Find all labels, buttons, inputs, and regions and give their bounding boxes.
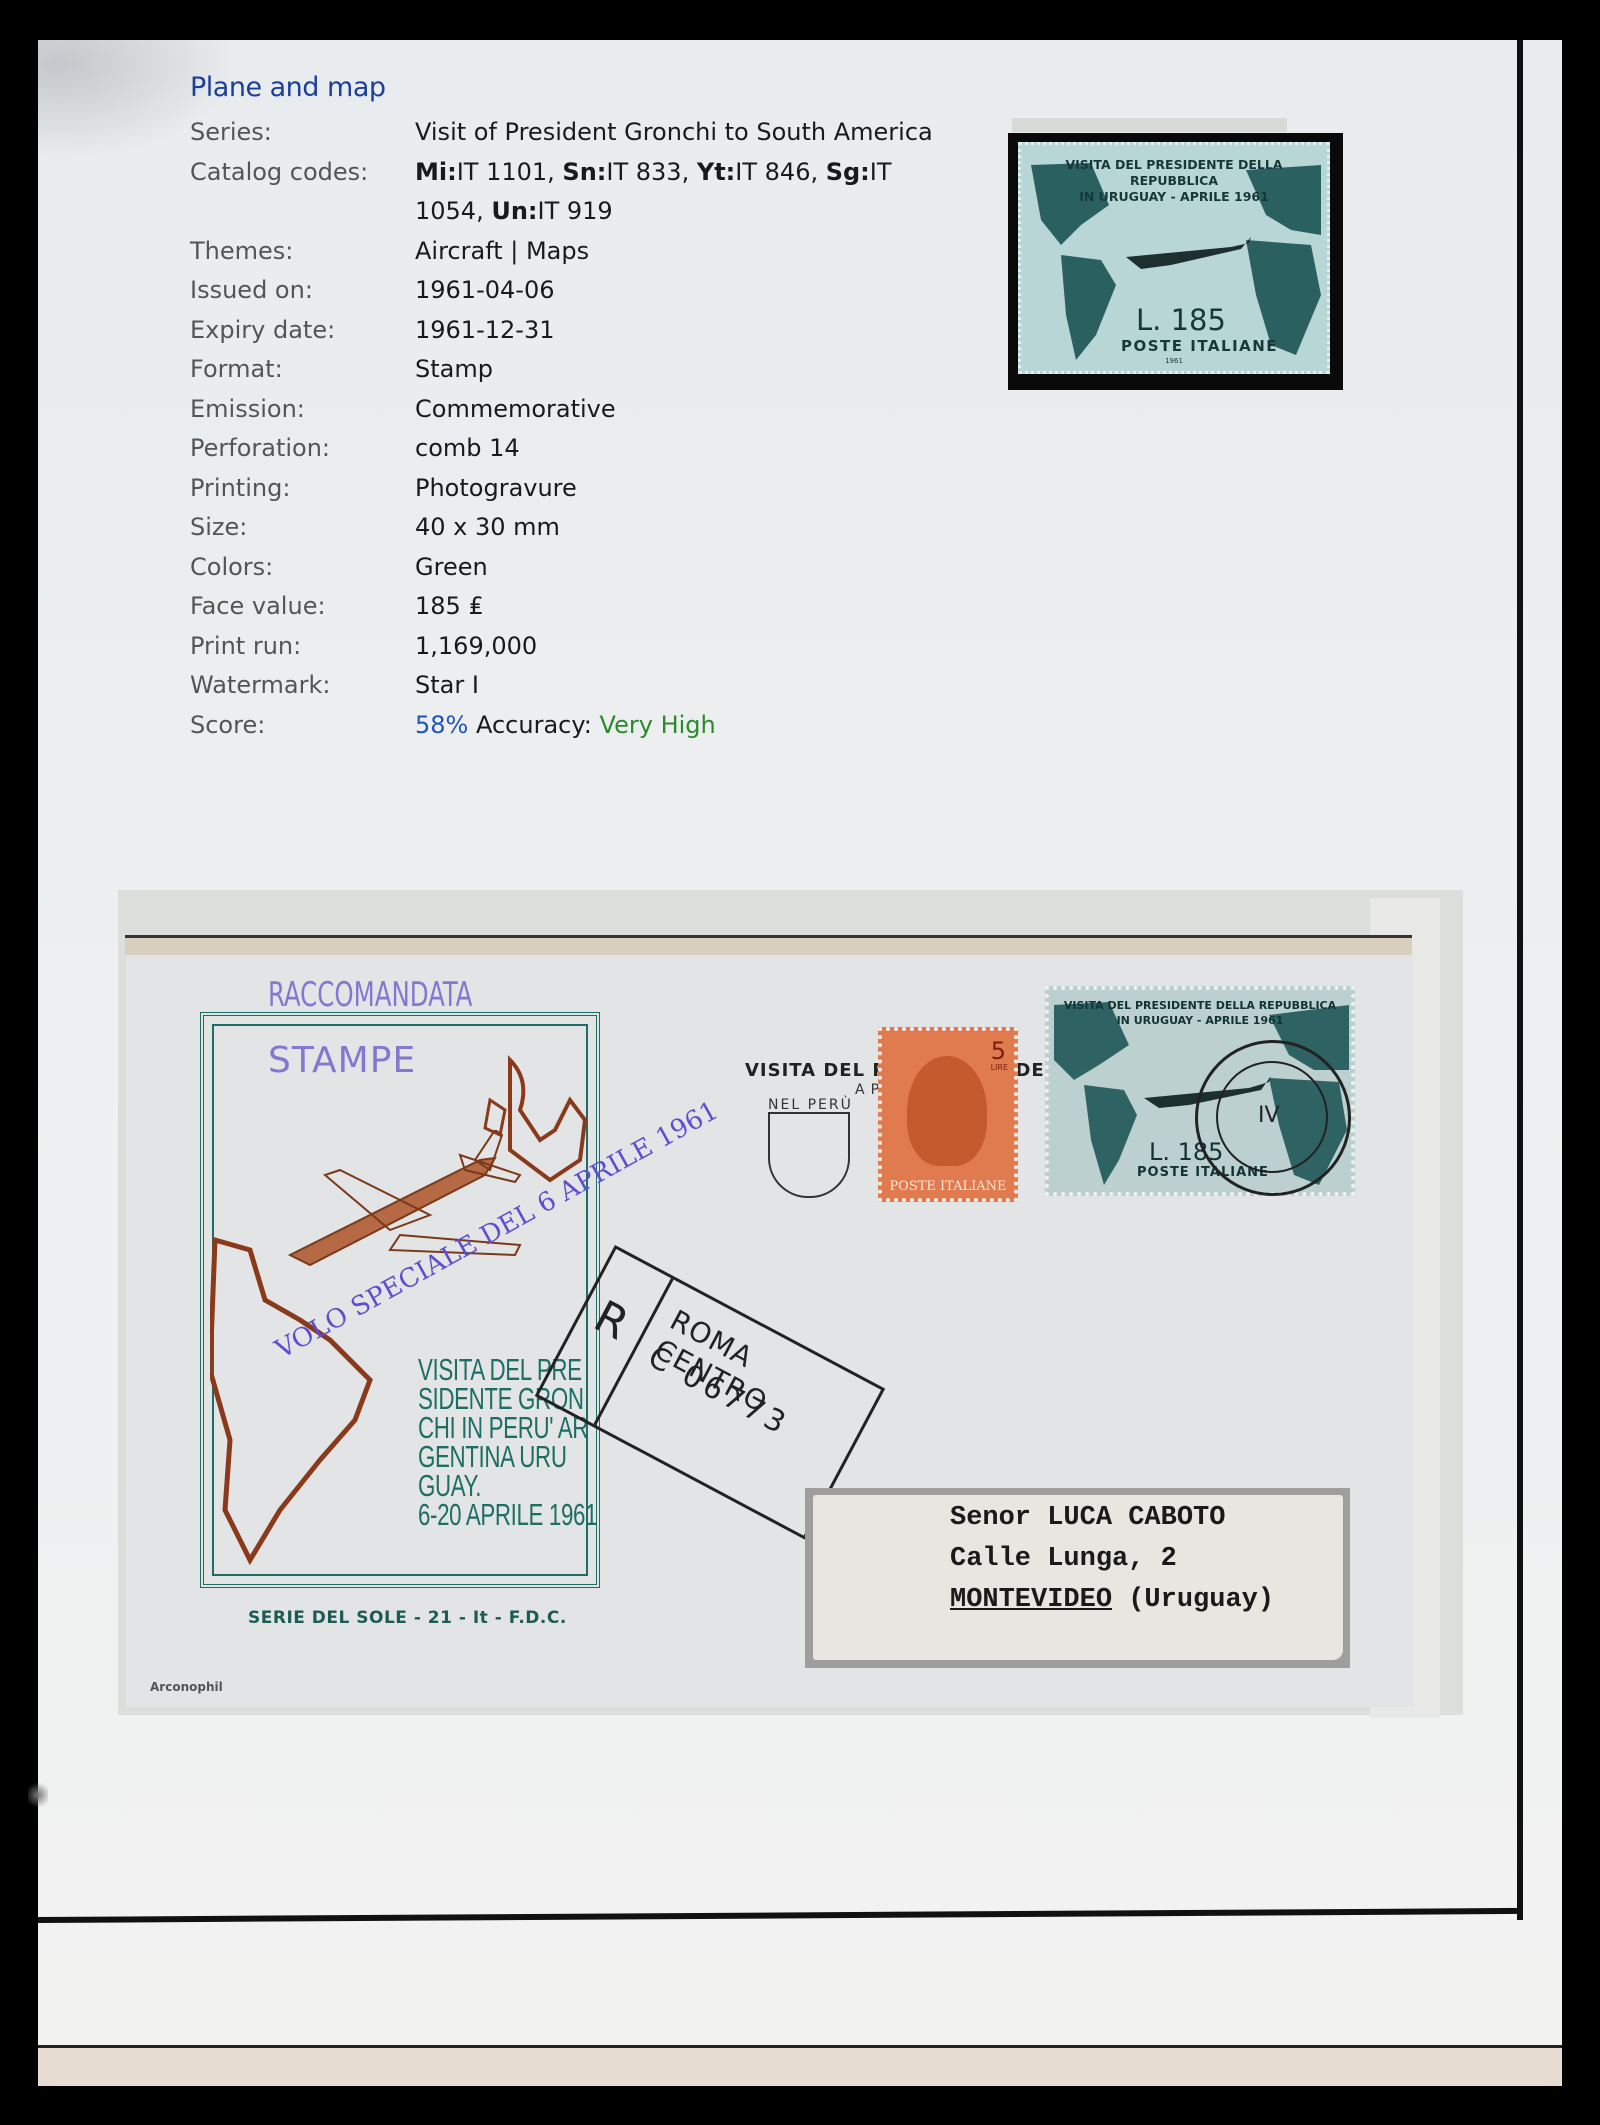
info-row: Expiry date:1961-12-31 — [190, 311, 935, 351]
stamp-5-lire: 5 LIRE POSTE ITALIANE — [878, 1027, 1018, 1202]
info-value: 1961-04-06 — [415, 271, 554, 311]
stamp-185-line1: VISITA DEL PRESIDENTE DELLA REPUBBLICA — [1049, 998, 1351, 1013]
stamp-185-line2: IN URUGUAY - APRILE 1961 — [1049, 1013, 1351, 1028]
stamp-info-panel: Plane and map Series:Visit of President … — [190, 72, 935, 745]
page-mark — [28, 1780, 48, 1810]
accuracy-label: Accuracy: — [476, 711, 592, 739]
airplane-illustration-icon — [280, 1130, 540, 1270]
info-label: Issued on: — [190, 271, 415, 311]
info-value: 185 ₤ — [415, 587, 484, 627]
catalog-code-part: IT 833, — [606, 158, 696, 186]
catalog-code-part: IT 1101, — [457, 158, 563, 186]
catalog-code-part: IT 919 — [538, 197, 613, 225]
info-row: Themes:Aircraft | Maps — [190, 232, 935, 272]
accuracy-value: Very High — [600, 711, 716, 739]
info-value: Star I — [415, 666, 479, 706]
info-label: Catalog codes: — [190, 153, 415, 232]
info-value: Mi:IT 1101, Sn:IT 833, Yt:IT 846, Sg:IT … — [415, 153, 935, 232]
info-label: Score: — [190, 706, 415, 746]
info-row: Perforation:comb 14 — [190, 429, 935, 469]
info-value[interactable]: 1961-12-31 — [415, 311, 554, 351]
info-value: 40 x 30 mm — [415, 508, 560, 548]
info-label: Size: — [190, 508, 415, 548]
stamp-title: Plane and map — [190, 72, 935, 103]
stampe-handstamp: STAMPE — [268, 1040, 416, 1081]
page-frame-horizontal-line — [38, 1908, 1523, 1923]
info-value: Photogravure — [415, 469, 577, 509]
postmark-date: IV — [1258, 1103, 1280, 1128]
info-row: Print run:1,169,000 — [190, 627, 935, 667]
info-label: Face value: — [190, 587, 415, 627]
info-label: Expiry date: — [190, 311, 415, 351]
peru-coat-of-arms-icon — [768, 1112, 850, 1198]
info-value: 58% Accuracy: Very High — [415, 706, 716, 746]
stamp-image: VISITA DEL PRESIDENTE DELLA REPUBBLICA I… — [1018, 142, 1330, 374]
address-country: (Uruguay) — [1128, 1585, 1274, 1615]
address-city: MONTEVIDEO — [950, 1585, 1112, 1615]
stamp-year: 1961 — [1021, 357, 1327, 365]
info-value[interactable]: Commemorative — [415, 390, 616, 430]
info-value[interactable]: Green — [415, 548, 488, 588]
info-label: Printing: — [190, 469, 415, 509]
stamp-5-country: POSTE ITALIANE — [882, 1179, 1014, 1194]
stamp-mount-strip — [1012, 118, 1287, 132]
info-label: Print run: — [190, 627, 415, 667]
stamp-185-inscription: VISITA DEL PRESIDENTE DELLA REPUBBLICA I… — [1049, 998, 1351, 1028]
page-frame-vertical-line — [1517, 40, 1523, 1920]
info-row: Printing:Photogravure — [190, 469, 935, 509]
info-label: Watermark: — [190, 666, 415, 706]
info-label: Perforation: — [190, 429, 415, 469]
catalog-code-part: Yt: — [697, 158, 735, 186]
stamp-inscription-line1: VISITA DEL PRESIDENTE DELLA REPUBBLICA — [1021, 157, 1327, 189]
catalog-code-part: Un: — [491, 197, 537, 225]
info-label: Series: — [190, 113, 415, 153]
info-row: Face value:185 ₤ — [190, 587, 935, 627]
info-row: Watermark:Star I — [190, 666, 935, 706]
info-label: Format: — [190, 350, 415, 390]
stamp-5-unit: LIRE — [991, 1063, 1008, 1072]
catalog-code-part: Sn: — [562, 158, 606, 186]
info-row: Format:Stamp — [190, 350, 935, 390]
info-value[interactable]: Aircraft | Maps — [415, 232, 589, 272]
info-label: Themes: — [190, 232, 415, 272]
info-row: Size:40 x 30 mm — [190, 508, 935, 548]
portrait-icon — [907, 1056, 987, 1166]
info-value[interactable]: Stamp — [415, 350, 493, 390]
info-row: Score:58% Accuracy: Very High — [190, 706, 935, 746]
address-line1: Senor LUCA CABOTO — [950, 1498, 1274, 1539]
info-value: comb 14 — [415, 429, 520, 469]
page-bottom-edge — [38, 2045, 1562, 2086]
cover-publisher: Arconophil — [150, 1680, 223, 1694]
stamp-5-value: 5 — [991, 1037, 1006, 1065]
info-row: Emission:Commemorative — [190, 390, 935, 430]
stamp-inscription-line2: IN URUGUAY - APRILE 1961 — [1021, 189, 1327, 205]
info-label: Emission: — [190, 390, 415, 430]
info-row: Series:Visit of President Gronchi to Sou… — [190, 113, 935, 153]
info-row: Catalog codes:Mi:IT 1101, Sn:IT 833, Yt:… — [190, 153, 935, 232]
circular-postmark: IV — [1195, 1040, 1351, 1196]
info-value[interactable]: Visit of President Gronchi to South Amer… — [415, 113, 933, 153]
info-row: Colors:Green — [190, 548, 935, 588]
catalog-code-part: IT 846, — [735, 158, 825, 186]
stamp-country: POSTE ITALIANE — [1121, 337, 1278, 355]
address-text: Senor LUCA CABOTOCalle Lunga, 2MONTEVIDE… — [950, 1498, 1274, 1621]
cover-series-line: SERIE DEL SOLE - 21 - It - F.D.C. — [248, 1608, 567, 1628]
stamp-denomination: L. 185 — [1136, 303, 1226, 337]
catalog-code-part: Sg: — [826, 158, 870, 186]
info-row: Issued on:1961-04-06 — [190, 271, 935, 311]
info-value: 1,169,000 — [415, 627, 537, 667]
address-line2: Calle Lunga, 2 — [950, 1539, 1274, 1580]
score-percent[interactable]: 58% — [415, 711, 468, 739]
stamp-inscription: VISITA DEL PRESIDENTE DELLA REPUBBLICA I… — [1021, 157, 1327, 205]
stamp-info-rows: Series:Visit of President Gronchi to Sou… — [190, 113, 935, 745]
catalog-code-part: Mi: — [415, 158, 457, 186]
info-label: Colors: — [190, 548, 415, 588]
registration-letter: R — [586, 1291, 637, 1350]
raccomandata-handstamp: RACCOMANDATA — [268, 975, 472, 1015]
